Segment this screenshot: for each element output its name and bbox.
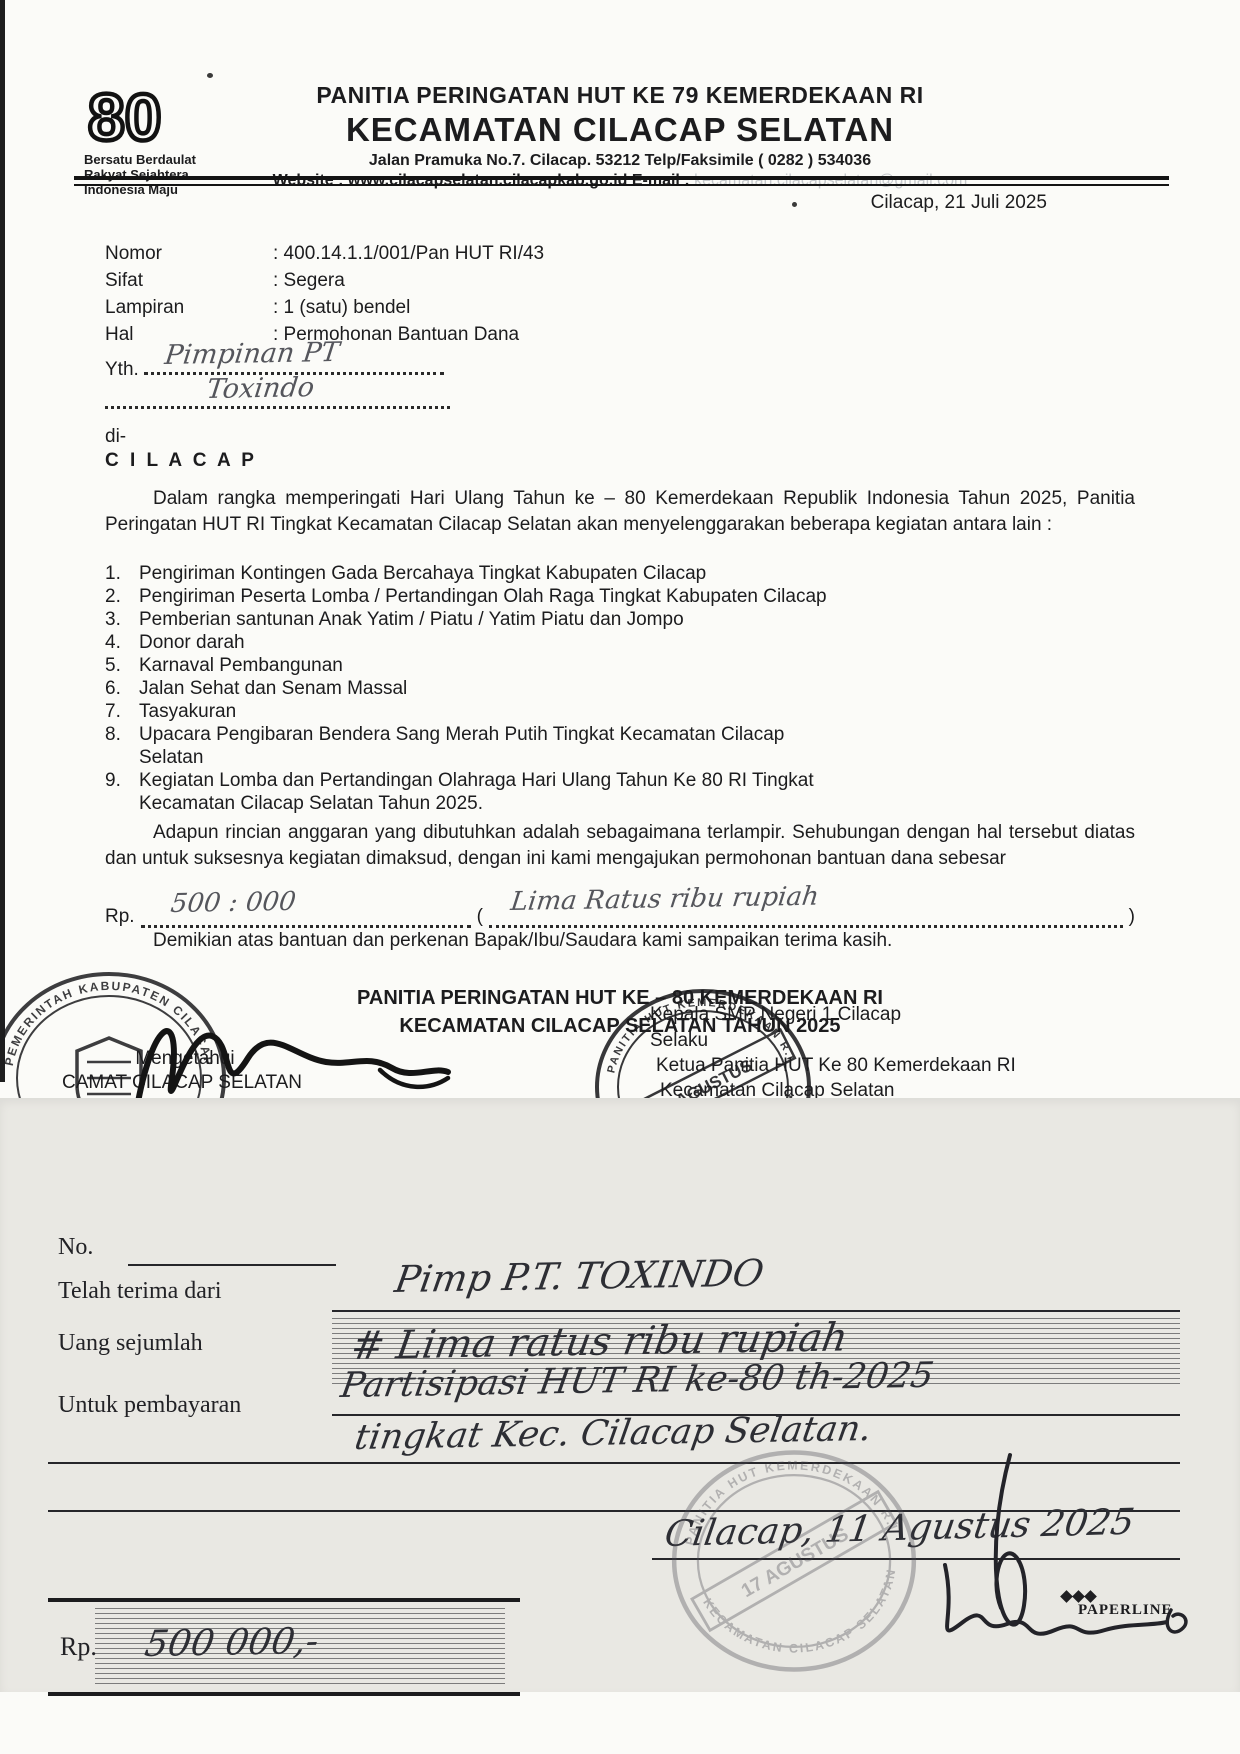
receipt-rp-label: Rp. bbox=[60, 1632, 97, 1662]
activity-text: Karnaval Pembangunan bbox=[139, 654, 1135, 677]
recipient-line2: Toxindo bbox=[105, 386, 705, 418]
receipt-extra-line1 bbox=[48, 1462, 1180, 1464]
paren-open: ( bbox=[477, 906, 483, 928]
org-title-line2: KECAMATAN CILACAP SELATAN bbox=[150, 111, 1090, 149]
activity-text-wrap: Selatan bbox=[139, 746, 1135, 769]
activity-number: 4. bbox=[105, 631, 139, 654]
activity-item: 6. Jalan Sehat dan Senam Massal bbox=[105, 677, 1135, 700]
letter-date: Cilacap, 21 Juli 2025 bbox=[105, 192, 1135, 214]
recipient-city: C I L A C A P bbox=[105, 450, 705, 472]
activity-item: 2. Pengiriman Peserta Lomba / Pertanding… bbox=[105, 585, 1135, 608]
stamp-text-top: PANITIA HUT KEMERDEKAAN R.I bbox=[683, 1458, 901, 1546]
activity-text: Pengiriman Peserta Lomba / Pertandingan … bbox=[139, 585, 1135, 608]
activity-item: 7. Tasyakuran bbox=[105, 700, 1135, 723]
letterhead: PANITIA PERINGATAN HUT KE 79 KEMERDEKAAN… bbox=[150, 82, 1090, 190]
stamp-text-top: PEMERINTAH KABUPATEN CILACAP bbox=[2, 979, 216, 1068]
scanned-letter-page: 80 Bersatu Berdaulat Rakyat Sejahtera In… bbox=[0, 0, 1240, 1754]
paragraph-closing: Demikian atas bantuan dan perkenan Bapak… bbox=[105, 928, 1135, 954]
scan-speck bbox=[207, 73, 213, 78]
meta-row: Sifat : Segera bbox=[105, 267, 544, 294]
activity-number: 7. bbox=[105, 700, 139, 723]
paren-close: ) bbox=[1129, 906, 1135, 928]
paragraph-budget: Adapun rincian anggaran yang dibutuhkan … bbox=[105, 820, 1135, 872]
svg-text:PEMERINTAH KABUPATEN CILACAP: PEMERINTAH KABUPATEN CILACAP bbox=[2, 979, 216, 1068]
handwritten-payer: Pimp P.T. TOXINDO bbox=[392, 1252, 767, 1301]
activity-text-wrap: Kecamatan Cilacap Selatan Tahun 2025. bbox=[139, 792, 1135, 815]
paperline-brand: PAPERLINE bbox=[1078, 1602, 1173, 1619]
activity-text: Donor darah bbox=[139, 631, 1135, 654]
yth-label: Yth. bbox=[105, 359, 139, 380]
activity-item: 1. Pengiriman Kontingen Gada Bercahaya T… bbox=[105, 562, 1135, 585]
rp-box-bottom-line bbox=[48, 1692, 520, 1696]
org-title-line1: PANITIA PERINGATAN HUT KE 79 KEMERDEKAAN… bbox=[150, 82, 1090, 109]
activity-number: 2. bbox=[105, 585, 139, 608]
meta-value: : Segera bbox=[273, 267, 345, 294]
letter-meta: Nomor : 400.14.1.1/001/Pan HUT RI/43 Sif… bbox=[105, 240, 544, 348]
activity-number: 9. bbox=[105, 769, 139, 815]
org-website-line: Website : www.cilacapselatan.cilacapkab.… bbox=[150, 172, 1090, 190]
meta-label: Lampiran bbox=[105, 294, 273, 321]
receipt-no-line bbox=[128, 1264, 336, 1266]
activity-item: 4. Donor darah bbox=[105, 631, 1135, 654]
handwritten-recipient-name2: Toxindo bbox=[205, 372, 316, 405]
amount-words-dotted-line: Lima Ratus ribu rupiah bbox=[489, 905, 1123, 928]
activity-number: 1. bbox=[105, 562, 139, 585]
activity-item: 8. Upacara Pengibaran Bendera Sang Merah… bbox=[105, 723, 1135, 769]
activity-number: 5. bbox=[105, 654, 139, 677]
receipt-no-label: No. bbox=[58, 1234, 93, 1261]
activity-text: Jalan Sehat dan Senam Massal bbox=[139, 677, 1135, 700]
recipient-line1: Yth. Pimpinan PT bbox=[105, 352, 705, 386]
rp-box-top-line bbox=[48, 1598, 520, 1602]
receipt-amount-label: Uang sejumlah bbox=[58, 1330, 203, 1357]
org-email-faded: kecamatan.cilacapselatan@gmail.com bbox=[694, 172, 967, 189]
activity-text: Tasyakuran bbox=[139, 700, 1135, 723]
meta-value: : 1 (satu) bendel bbox=[273, 294, 410, 321]
handwritten-amount-words: Lima Ratus ribu rupiah bbox=[509, 882, 821, 917]
svg-text:PANITIA HUT KEMERDEKAAN R.I: PANITIA HUT KEMERDEKAAN R.I bbox=[683, 1458, 901, 1546]
rp-prefix: Rp. bbox=[105, 906, 135, 928]
activity-item: 3. Pemberian santunan Anak Yatim / Piatu… bbox=[105, 608, 1135, 631]
activity-text: Pengiriman Kontingen Gada Bercahaya Ting… bbox=[139, 562, 1135, 585]
receipt-panitia-stamp: PANITIA HUT KEMERDEKAAN R.I KECAMATAN CI… bbox=[664, 1436, 924, 1686]
amount-dotted-line: 500 : 000 bbox=[141, 905, 471, 928]
activity-number: 8. bbox=[105, 723, 139, 769]
handwritten-amount: 500 : 000 bbox=[169, 887, 298, 919]
meta-row: Nomor : 400.14.1.1/001/Pan HUT RI/43 bbox=[105, 240, 544, 267]
meta-label: Sifat bbox=[105, 267, 273, 294]
activity-text: Kegiatan Lomba dan Pertandingan Olahraga… bbox=[139, 769, 1135, 792]
recipient-block: Yth. Pimpinan PT Toxindo di- C I L A C A… bbox=[105, 352, 705, 472]
meta-value: : 400.14.1.1/001/Pan HUT RI/43 bbox=[273, 240, 544, 267]
paragraph-opening: Dalam rangka memperingati Hari Ulang Tah… bbox=[105, 486, 1135, 538]
di-label: di- bbox=[105, 426, 705, 448]
handwritten-recipient-name: Pimpinan PT bbox=[163, 337, 341, 371]
scan-border-artifact bbox=[0, 0, 5, 1082]
activity-item: 5. Karnaval Pembangunan bbox=[105, 654, 1135, 677]
amount-line: Rp. 500 : 000 ( Lima Ratus ribu rupiah ) bbox=[105, 898, 1135, 928]
meta-row: Lampiran : 1 (satu) bendel bbox=[105, 294, 544, 321]
handwritten-rp-amount: 500 000,- bbox=[142, 1621, 322, 1665]
activities-list: 1. Pengiriman Kontingen Gada Bercahaya T… bbox=[105, 562, 1135, 815]
receipt-for-label: Untuk pembayaran bbox=[58, 1392, 241, 1419]
website-prefix: Website : www.cilacapselatan.cilacapkab.… bbox=[273, 172, 690, 189]
activity-number: 6. bbox=[105, 677, 139, 700]
letterhead-rule-thin bbox=[74, 184, 1169, 186]
receipt-from-line bbox=[332, 1310, 1180, 1312]
meta-label: Nomor bbox=[105, 240, 273, 267]
org-address: Jalan Pramuka No.7. Cilacap. 53212 Telp/… bbox=[150, 152, 1090, 170]
activity-item: 9. Kegiatan Lomba dan Pertandingan Olahr… bbox=[105, 769, 1135, 815]
activity-number: 3. bbox=[105, 608, 139, 631]
letterhead-rule bbox=[74, 176, 1169, 180]
activity-text: Pemberian santunan Anak Yatim / Piatu / … bbox=[139, 608, 1135, 631]
receipt-from-label: Telah terima dari bbox=[58, 1278, 222, 1305]
activity-text: Upacara Pengibaran Bendera Sang Merah Pu… bbox=[139, 723, 1135, 746]
